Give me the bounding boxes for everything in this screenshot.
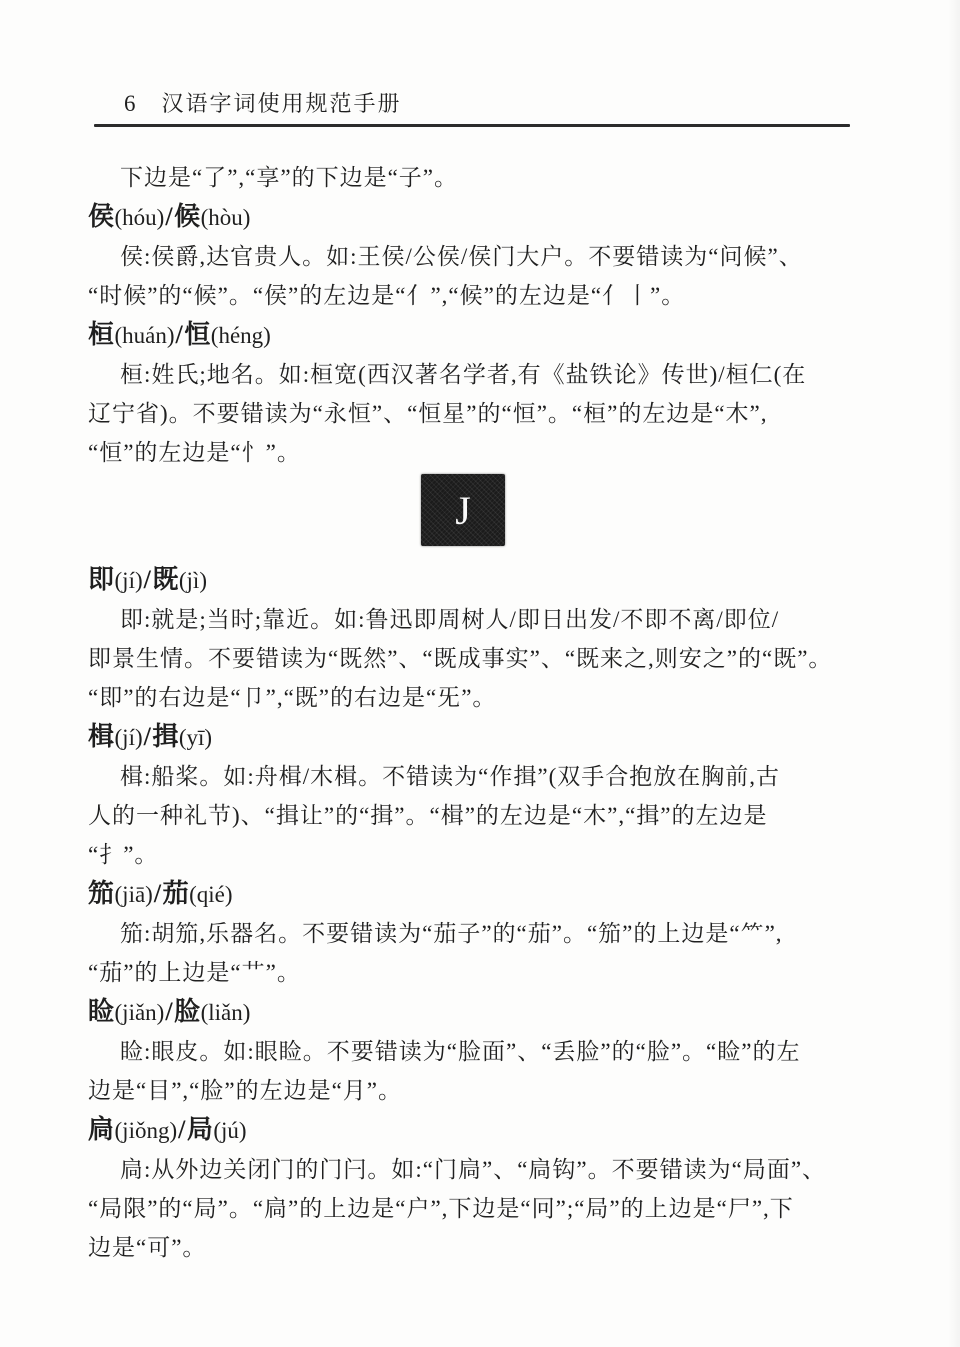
headword-char-1: 睑 [88, 997, 115, 1026]
book-title: 汉语字词使用规范手册 [162, 90, 402, 118]
entry-jiong-ju: 扃(jiǒng)/局(jú) 扃:从外边关闭门的门闩。如:“门扃”、“扃钩”。不… [88, 1110, 870, 1267]
entry-body-line: 楫:船桨。如:舟楫/木楫。不错读为“作揖”(双手合抱放在胸前,古 [88, 757, 870, 796]
headword-pinyin-2: (jú) [213, 1118, 246, 1143]
entry-body-line: 侯:侯爵,达官贵人。如:王侯/公侯/侯门大户。不要错读为“问候”、 [88, 237, 870, 276]
entry-body-line: 辽宁省)。不要错读为“永恒”、“恒星”的“恒”。“桓”的左边是“木”, [88, 394, 870, 433]
headword-pinyin-1: (huán) [115, 323, 175, 348]
headword-char-1: 即 [88, 565, 115, 594]
headword-pinyin-2: (liǎn) [201, 1000, 251, 1025]
entry-body-line: 扃:从外边关闭门的门闩。如:“门扃”、“扃钩”。不要错读为“局面”、 [88, 1150, 870, 1189]
entry-huan-heng: 桓(huán)/恒(héng) 桓:姓氏;地名。如:桓宽(西汉著名学者,有《盐铁… [88, 315, 870, 472]
running-header: 6 汉语字词使用规范手册 [124, 90, 870, 118]
headword-char-1: 楫 [88, 722, 115, 751]
entry-headword: 扃(jiǒng)/局(jú) [88, 1110, 870, 1150]
entry-hou-hou: 侯(hóu)/候(hòu) 侯:侯爵,达官贵人。如:王侯/公侯/侯门大户。不要错… [88, 197, 870, 315]
headword-char-2: 候 [174, 202, 201, 231]
entry-ji-ji: 即(jí)/既(jì) 即:就是;当时;靠近。如:鲁迅即周树人/即日出发/不即不… [88, 560, 870, 717]
headword-pinyin-1: (jiǒng) [115, 1118, 178, 1143]
headword-char-2: 既 [152, 565, 179, 594]
book-page-scan: 6 汉语字词使用规范手册 下边是“了”,“享”的下边是“子”。 侯(hóu)/候… [0, 0, 960, 1347]
section-letter: J [455, 491, 471, 531]
entry-body-line: 边是“可”。 [88, 1228, 870, 1267]
headword-char-2: 脸 [174, 997, 201, 1026]
headword-pinyin-1: (jí) [115, 725, 143, 750]
headword-slash: / [143, 565, 153, 594]
header-rule [94, 124, 850, 127]
entry-body-line: 边是“目”,“脸”的左边是“月”。 [88, 1071, 870, 1110]
entry-jian-lian: 睑(jiǎn)/脸(liǎn) 睑:眼皮。如:眼睑。不要错读为“脸面”、“丢脸”… [88, 992, 870, 1110]
scan-edge-shading [948, 0, 960, 1347]
headword-slash: / [143, 722, 153, 751]
headword-pinyin-1: (jí) [115, 568, 143, 593]
continued-paragraph-line: 下边是“了”,“享”的下边是“子”。 [88, 158, 870, 197]
entry-headword: 侯(hóu)/候(hòu) [88, 197, 870, 237]
headword-pinyin-2: (jì) [179, 568, 207, 593]
entry-headword: 笳(jiā)/茄(qié) [88, 874, 870, 914]
entry-headword: 即(jí)/既(jì) [88, 560, 870, 600]
headword-pinyin-2: (héng) [211, 323, 271, 348]
headword-slash: / [153, 879, 163, 908]
headword-pinyin-1: (hóu) [115, 205, 165, 230]
entry-body-line: 即景生情。不要错读为“既然”、“既成事实”、“既来之,则安之”的“既”。 [88, 639, 870, 678]
entry-headword: 楫(jí)/揖(yī) [88, 717, 870, 757]
entry-headword: 桓(huán)/恒(héng) [88, 315, 870, 355]
headword-char-2: 局 [187, 1115, 214, 1144]
headword-char-1: 扃 [88, 1115, 115, 1144]
entry-body-line: 人的一种礼节)、“揖让”的“揖”。“楫”的左边是“木”,“揖”的左边是 [88, 796, 870, 835]
entry-body-line: “恒”的左边是“忄”。 [88, 433, 870, 472]
entry-body-line: 笳:胡笳,乐器名。不要错读为“茄子”的“茄”。“笳”的上边是“⺮”, [88, 914, 870, 953]
entry-body-line: 桓:姓氏;地名。如:桓宽(西汉著名学者,有《盐铁论》传世)/桓仁(在 [88, 355, 870, 394]
headword-char-2: 揖 [152, 722, 179, 751]
section-divider-box: J [421, 474, 505, 546]
entry-headword: 睑(jiǎn)/脸(liǎn) [88, 992, 870, 1032]
headword-pinyin-2: (yī) [179, 725, 212, 750]
entry-body-line: “茄”的上边是“艹”。 [88, 953, 870, 992]
headword-pinyin-2: (qié) [189, 882, 232, 907]
headword-char-1: 侯 [88, 202, 115, 231]
headword-char-2: 恒 [184, 320, 211, 349]
headword-pinyin-2: (hòu) [201, 205, 251, 230]
headword-char-1: 桓 [88, 320, 115, 349]
headword-slash: / [164, 202, 174, 231]
entry-body-line: “即”的右边是“卩”,“既”的右边是“旡”。 [88, 678, 870, 717]
headword-char-2: 茄 [163, 879, 190, 908]
headword-slash: / [175, 320, 185, 349]
entry-ji-yi: 楫(jí)/揖(yī) 楫:船桨。如:舟楫/木楫。不错读为“作揖”(双手合抱放在… [88, 717, 870, 874]
headword-slash: / [164, 997, 174, 1026]
page-number: 6 [124, 90, 136, 118]
entry-body-line: 即:就是;当时;靠近。如:鲁迅即周树人/即日出发/不即不离/即位/ [88, 600, 870, 639]
entry-body-line: “扌”。 [88, 835, 870, 874]
entry-body-line: “时候”的“候”。“侯”的左边是“亻”,“候”的左边是“亻丨”。 [88, 276, 870, 315]
entry-body-line: 睑:眼皮。如:眼睑。不要错读为“脸面”、“丢脸”的“脸”。“睑”的左 [88, 1032, 870, 1071]
headword-pinyin-1: (jiā) [115, 882, 153, 907]
headword-slash: / [177, 1115, 187, 1144]
headword-pinyin-1: (jiǎn) [115, 1000, 165, 1025]
headword-char-1: 笳 [88, 879, 115, 908]
entry-body-line: “局限”的“局”。“扃”的上边是“户”,下边是“冋”;“局”的上边是“尸”,下 [88, 1189, 870, 1228]
entry-jia-qie: 笳(jiā)/茄(qié) 笳:胡笳,乐器名。不要错读为“茄子”的“茄”。“笳”… [88, 874, 870, 992]
